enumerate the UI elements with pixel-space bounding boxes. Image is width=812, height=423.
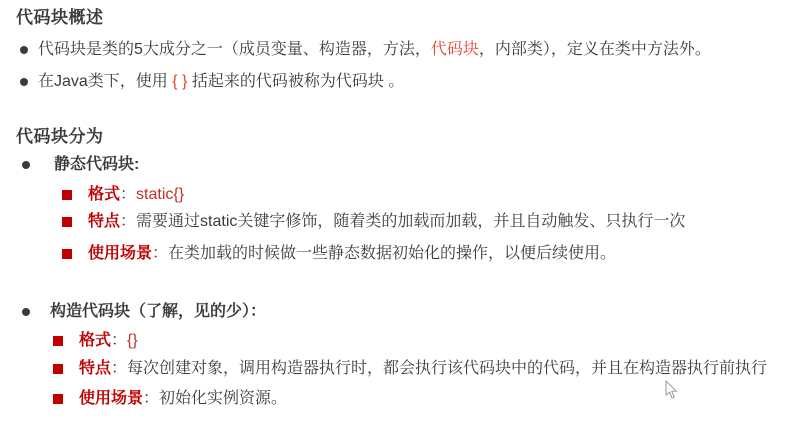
item-label: 格式 (79, 332, 111, 349)
highlighted-term: 代码块 (431, 41, 479, 58)
text-segment: 括起来的代码被称为代码块 。 (187, 73, 404, 90)
item-value: 在类加载的时候做一些静态数据初始化的操作，以便后续使用。 (168, 245, 616, 262)
item-colon: ： (120, 186, 136, 203)
disc-bullet-icon (22, 308, 30, 316)
section-title-division: 代码块分为 (16, 127, 104, 146)
square-bullet-icon (53, 394, 63, 404)
item-label: 特点 (79, 360, 111, 377)
section-title-overview: 代码块概述 (16, 8, 104, 27)
item-colon: ： (143, 390, 159, 407)
overview-bullet-2: 在Java类下，使用 { } 括起来的代码被称为代码块 。 (38, 72, 404, 91)
item-value: 需要通过static关键字修饰，随着类的加载而加载，并且自动触发、只执行一次 (136, 213, 685, 230)
text-segment: 在Java类下，使用 (38, 73, 172, 90)
overview-bullet-1: 代码块是类的5大成分之一（成员变量、构造器，方法，代码块，内部类），定义在类中方… (38, 40, 711, 59)
mouse-cursor-icon (664, 380, 678, 400)
static-format-item: 格式：static{} (88, 185, 184, 204)
group-heading-constructor: 构造代码块（了解，见的少）： (50, 302, 266, 321)
item-colon: ： (120, 213, 136, 230)
text-segment: 代码块是类的5大成分之一（成员变量、构造器，方法， (38, 41, 431, 58)
document-page: { "colors": { "text": "#3a3a3a", "dark_r… (0, 0, 812, 423)
group-heading-text: 构造代码块（了解，见的少）： (50, 303, 266, 320)
item-colon: ： (111, 360, 127, 377)
square-bullet-icon (62, 190, 72, 200)
disc-bullet-icon (22, 161, 30, 169)
item-colon: ： (152, 245, 168, 262)
square-bullet-icon (62, 217, 72, 227)
static-usage-item: 使用场景：在类加载的时候做一些静态数据初始化的操作，以便后续使用。 (88, 244, 616, 263)
disc-bullet-icon (20, 78, 28, 86)
constructor-format-item: 格式：{} (79, 331, 138, 350)
disc-bullet-icon (20, 46, 28, 54)
item-label: 使用场景 (79, 390, 143, 407)
item-value: 每次创建对象，调用构造器执行时，都会执行该代码块中的代码，并且在构造器执行前执行 (127, 360, 767, 377)
square-bullet-icon (53, 336, 63, 346)
item-label: 格式 (88, 186, 120, 203)
square-bullet-icon (62, 249, 72, 259)
highlighted-braces: { } (172, 73, 187, 90)
item-label: 使用场景 (88, 245, 152, 262)
text-segment: ，内部类），定义在类中方法外。 (479, 41, 711, 58)
item-value-code: static{} (136, 186, 184, 203)
square-bullet-icon (53, 364, 63, 374)
item-value: 初始化实例资源。 (159, 390, 287, 407)
item-colon: ： (111, 332, 127, 349)
item-value-code: {} (127, 332, 138, 349)
group-heading-text: 静态代码块: (54, 156, 139, 173)
static-feature-item: 特点：需要通过static关键字修饰，随着类的加载而加载，并且自动触发、只执行一… (88, 212, 685, 231)
constructor-feature-item: 特点：每次创建对象，调用构造器执行时，都会执行该代码块中的代码，并且在构造器执行… (79, 359, 767, 378)
group-heading-static: 静态代码块: (54, 155, 139, 174)
item-label: 特点 (88, 213, 120, 230)
constructor-usage-item: 使用场景：初始化实例资源。 (79, 389, 287, 408)
